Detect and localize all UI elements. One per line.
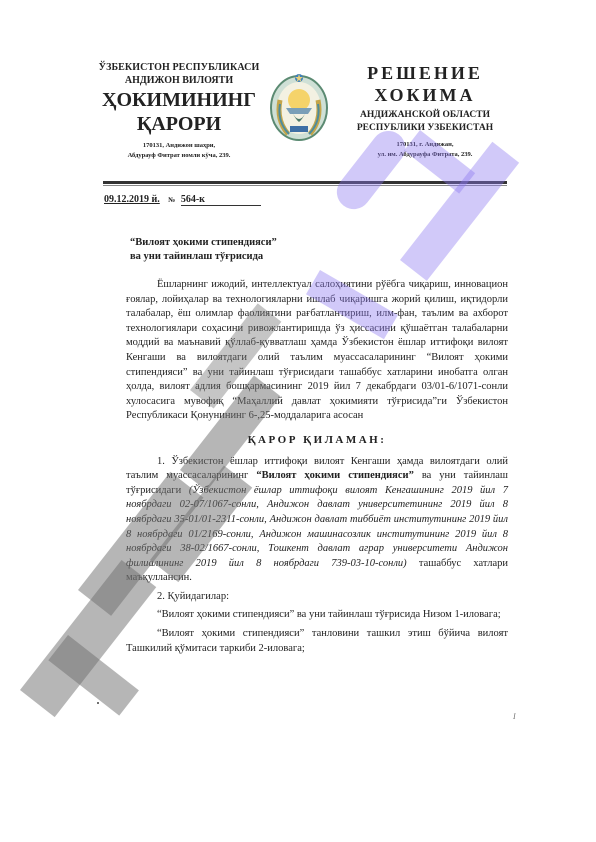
header-uz-title: ҲОКИМИНИНГ [98,88,260,112]
preamble-paragraph: Ёшларнинг ижодий, интеллектуал салоҳияти… [126,278,508,424]
document-body: Ёшларнинг ижодий, интеллектуал салоҳияти… [126,278,508,656]
header-ru-address-1: 170131, г. Андижан, [345,140,505,150]
document-date-number: 09.12.2019 й. № 564-к [104,194,261,206]
header-ru-republic: РЕСПУБЛИКИ УЗБЕКИСТАН [345,122,505,135]
title-line-1: “Вилоят ҳокими стипендияси” [130,236,277,250]
item-1-paragraph: 1. Ўзбекистон ёшлар иттифоқи вилоят Кенг… [126,455,508,586]
state-emblem-icon [268,70,330,142]
header-ru-subtitle: ХОКИМА [345,84,505,106]
decision-heading: ҚАРОР ҚИЛАМАН: [126,433,508,448]
document-title: “Вилоят ҳокими стипендияси” ва уни тайин… [130,236,277,264]
item-2-heading: 2. Қуйидагилар: [126,590,508,605]
document-number: 564-к [181,194,261,206]
document-date: 09.12.2019 й. [104,194,160,205]
number-label: № [168,196,175,204]
item-1-bold: “Вилоят ҳокими стипендияси” [256,470,414,481]
header-uz-republic: ЎЗБЕКИСТОН РЕСПУБЛИКАСИ [98,62,260,74]
header-ru-title: РЕШЕНИЕ [345,62,505,84]
page-mark: I [513,712,516,721]
item-1-references: (Ўзбекистон ёшлар иттифоқи вилоят Кенгаш… [126,485,508,569]
header-ru-region: АНДИЖАНСКОЙ ОБЛАСТИ [345,109,505,122]
header-uz-region: АНДИЖОН ВИЛОЯТИ [98,74,260,87]
header-uz-address-1: 170131, Андижон шаҳри, [98,141,260,151]
header-uz-subtitle: ҚАРОРИ [98,112,260,136]
item-2-sub-2: “Вилоят ҳокими стипендияси” танловини та… [126,627,508,656]
header-russian: РЕШЕНИЕ ХОКИМА АНДИЖАНСКОЙ ОБЛАСТИ РЕСПУ… [345,62,505,160]
header-uz-address-2: Абдурауф Фитрат номли кўча, 239. [98,151,260,161]
scan-speck [97,702,99,704]
header-divider-thin [103,185,507,186]
header-uzbek: ЎЗБЕКИСТОН РЕСПУБЛИКАСИ АНДИЖОН ВИЛОЯТИ … [98,62,260,161]
title-line-2: ва уни тайинлаш тўғрисида [130,250,277,264]
document-page: ЎЗБЕКИСТОН РЕСПУБЛИКАСИ АНДИЖОН ВИЛОЯТИ … [0,0,596,842]
item-2-sub-1: “Вилоят ҳокими стипендияси” ва уни тайин… [126,608,508,623]
watermark-purple-4-stem [400,142,519,281]
header-divider [103,181,507,184]
header-ru-address-2: ул. им. Абдурауфа Фитрата, 239. [345,150,505,160]
